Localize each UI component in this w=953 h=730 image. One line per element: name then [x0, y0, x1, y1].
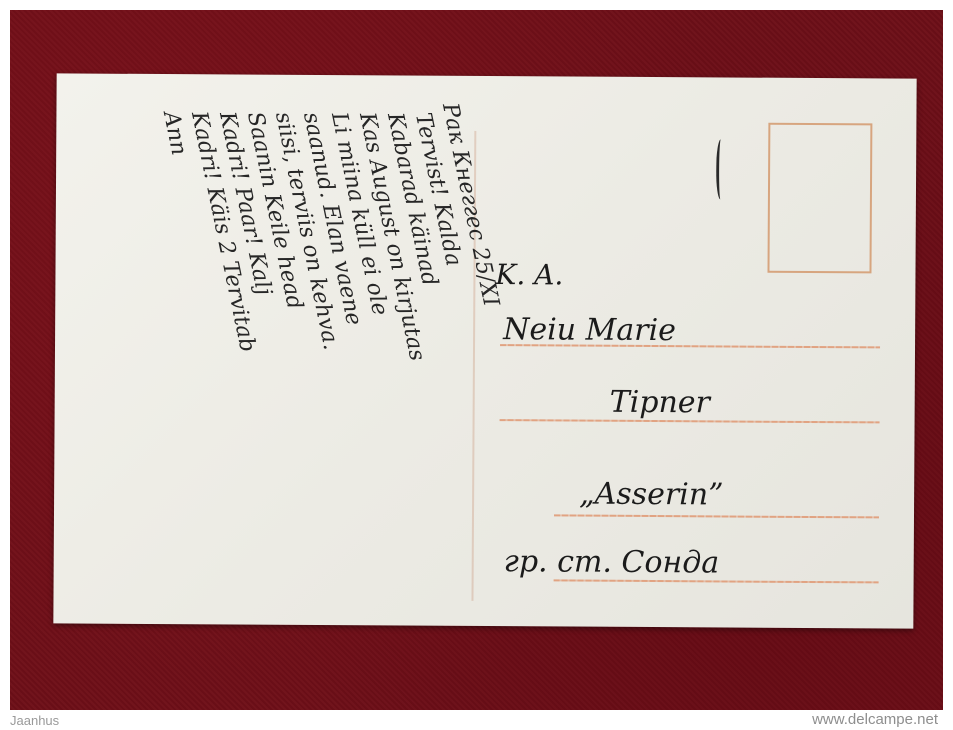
watermark-left: Jaanhus — [10, 713, 59, 728]
handwritten-message: Рак Кнеггес 25/XI Tervist! Kalda Kabarad… — [63, 93, 466, 605]
address-line-4: „Asserin” — [579, 477, 724, 513]
address-line-2: Neiu Marie — [503, 312, 676, 348]
watermark-right: www.delcampe.net — [812, 711, 938, 728]
address-line-5: гр. ст. Сонда — [504, 544, 720, 580]
postcard: K. A. Neiu Marie Tipner „Asserin” гр. ст… — [53, 73, 916, 628]
address-guide-line — [554, 514, 879, 518]
stamp-box — [767, 123, 872, 274]
photo-background: K. A. Neiu Marie Tipner „Asserin” гр. ст… — [10, 10, 943, 710]
address-line-3: Tipner — [610, 385, 710, 421]
address-line-1: K. A. — [495, 258, 563, 291]
postmark-mark — [716, 139, 725, 199]
